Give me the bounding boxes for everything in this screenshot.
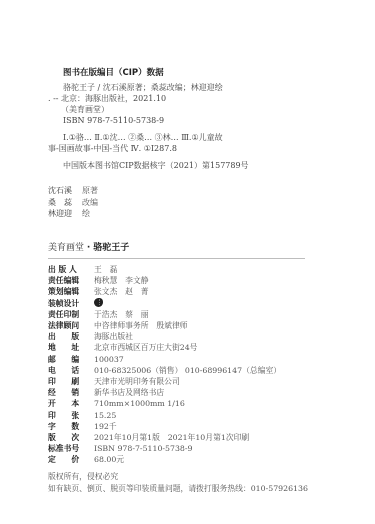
cip-number: 中国版本图书馆CIP数据核字（2021）第157789号	[63, 160, 249, 171]
imprint-table: 出 版 人王 磊 责任编辑梅秋慧 李文静 策划编辑张文杰 赵 菁 装帧设计 责任…	[48, 264, 281, 466]
rights-notice: 版权所有，侵权必究	[48, 471, 308, 483]
credit-name: 桑 蕊	[48, 197, 78, 209]
imprint-row-press: 出 版海豚出版社	[48, 331, 281, 342]
cip-line-publisher: . -- 北京：海豚出版社，2021.10	[48, 93, 166, 104]
credit-name: 林迎迎	[48, 208, 78, 220]
imprint-row-format: 开 本710mm×1000mm 1/16	[48, 398, 281, 409]
imprint-row-phone: 电 话010-68325006（销售） 010-68996147（总编室）	[48, 365, 281, 376]
imprint-row-price: 定 价68.00元	[48, 454, 281, 465]
credit-role: 绘	[82, 208, 90, 220]
series-name: 美育画堂	[48, 243, 84, 253]
book-title: 骆驼王子	[93, 243, 129, 253]
credit-role: 原著	[82, 185, 98, 197]
imprint-row-legal: 法律顾问中咨律师事务所 殷斌律师	[48, 320, 281, 331]
designer-logo-icon	[94, 298, 103, 307]
divider	[48, 258, 305, 259]
imprint-row-sheets: 印 张15.25	[48, 410, 281, 421]
cip-classification-1: Ⅰ.①骆… Ⅱ.①沈… ②桑… ③林… Ⅲ.①儿童故	[63, 132, 223, 143]
imprint-row-distributor: 经 销新华书店及网络书店	[48, 387, 281, 398]
cip-classification-2: 事-国画故事-中国-当代 Ⅳ. ①I287.8	[48, 143, 177, 154]
series-separator: ·	[87, 243, 90, 253]
imprint-row-designer: 装帧设计	[48, 298, 281, 309]
imprint-row-publisher: 出 版 人王 磊	[48, 264, 281, 275]
imprint-row-editor: 责任编辑梅秋慧 李文静	[48, 275, 281, 286]
imprint-row-edition: 版 次2021年10月第1版 2021年10月第1次印刷	[48, 432, 281, 443]
copyright-footer: 版权所有，侵权必究 如有缺页、倒页、脱页等印装质量问题，请拨打服务热线：010-…	[48, 471, 308, 495]
imprint-row-print-supervisor: 责任印制于浩杰 蔡 丽	[48, 309, 281, 320]
imprint-row-isbn: 标准书号ISBN 978-7-5110-5738-9	[48, 443, 281, 454]
cip-title: 图书在版编目（CIP）数据	[63, 66, 164, 78]
imprint-row-address: 地 址北京市西城区百万庄大街24号	[48, 342, 281, 353]
series-title-line: 美育画堂 · 骆驼王子	[48, 240, 129, 253]
credit-role: 改编	[82, 197, 98, 209]
service-hotline-notice: 如有缺页、倒页、脱页等印装质量问题，请拨打服务热线：010-57926136	[48, 483, 308, 495]
imprint-row-postcode: 邮 编100037	[48, 354, 281, 365]
cip-line-series: （美育画堂）	[61, 104, 109, 115]
imprint-row-word-count: 字 数192千	[48, 421, 281, 432]
credits-block: 沈石溪原著 桑 蕊改编 林迎迎绘	[48, 185, 98, 220]
cip-line-isbn: ISBN 978-7-5110-5738-9	[63, 115, 164, 126]
credit-adapter: 桑 蕊改编	[48, 197, 98, 209]
cip-line-title: 骆驼王子 / 沈石溪原著；桑蕊改编；林迎迎绘	[63, 82, 223, 93]
imprint-row-printer: 印 刷天津市光明印务有限公司	[48, 376, 281, 387]
credit-illustrator: 林迎迎绘	[48, 208, 98, 220]
imprint-row-planning-editor: 策划编辑张文杰 赵 菁	[48, 286, 281, 297]
credit-author: 沈石溪原著	[48, 185, 98, 197]
credit-name: 沈石溪	[48, 185, 78, 197]
